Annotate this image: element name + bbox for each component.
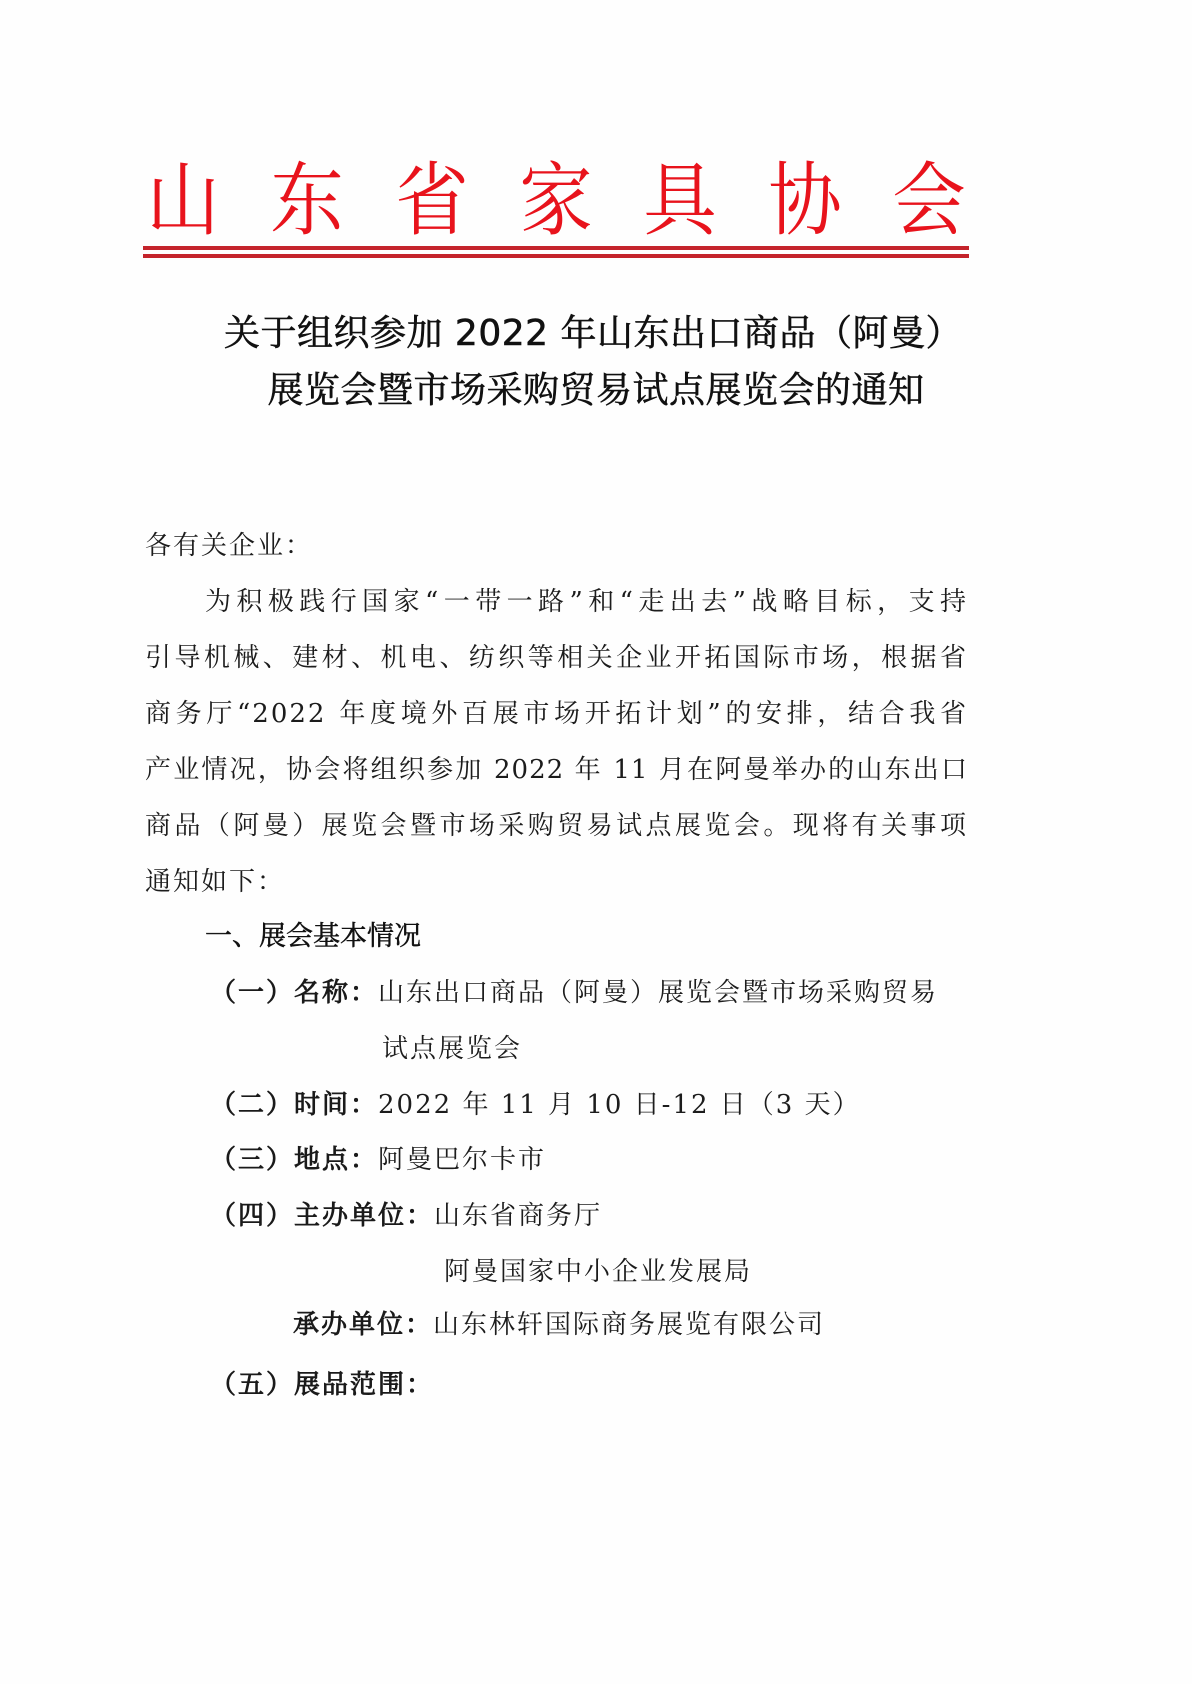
item-label: （二）时间： xyxy=(210,1090,378,1120)
info-item-time: （二）时间：2022 年 11 月 10 日-12 日（3 天） xyxy=(210,1088,861,1122)
section-heading: 一、展会基本情况 xyxy=(205,920,421,954)
info-item-location: （三）地点：阿曼巴尔卡市 xyxy=(210,1143,546,1177)
item-value: 山东出口商品（阿曼）展览会暨市场采购贸易 xyxy=(378,978,938,1008)
letterhead-char: 山 xyxy=(146,158,220,244)
document-page: 山 东 省 家 具 协 会 关于组织参加 2022 年山东出口商品（阿曼） 展览… xyxy=(0,0,1192,1684)
letterhead-char: 会 xyxy=(892,158,966,244)
letterhead-char: 家 xyxy=(519,158,593,244)
item-label: 承办单位： xyxy=(293,1310,433,1340)
letterhead-org-name: 山 东 省 家 具 协 会 xyxy=(143,158,969,244)
item-value: 2022 年 11 月 10 日-12 日（3 天） xyxy=(378,1090,861,1120)
letterhead-char: 协 xyxy=(768,158,842,244)
intro-line: 商品（阿曼）展览会暨市场采购贸易试点展览会。现将有关事项 xyxy=(145,809,968,843)
item-value: 山东省商务厅 xyxy=(434,1201,602,1231)
letterhead-char: 省 xyxy=(395,158,469,244)
letterhead-rule-thick xyxy=(143,246,969,250)
intro-line: 商务厅“2022 年度境外百展市场开拓计划”的安排，结合我省 xyxy=(145,697,968,731)
document-title-line-1: 关于组织参加 2022 年山东出口商品（阿曼） xyxy=(0,305,1189,356)
item-value-continuation: 试点展览会 xyxy=(382,1032,522,1066)
intro-line: 为积极践行国家“一带一路”和“走出去”战略目标，支持 xyxy=(205,585,968,619)
letterhead-char: 东 xyxy=(271,158,345,244)
salutation: 各有关企业： xyxy=(145,529,313,563)
info-item-name: （一）名称：山东出口商品（阿曼）展览会暨市场采购贸易 xyxy=(210,976,938,1010)
intro-line: 通知如下： xyxy=(145,865,285,899)
item-label: （一）名称： xyxy=(210,978,378,1008)
item-value-continuation: 阿曼国家中小企业发展局 xyxy=(444,1255,752,1289)
document-title-line-2: 展览会暨市场采购贸易试点展览会的通知 xyxy=(0,362,1192,413)
intro-line: 引导机械、建材、机电、纺织等相关企业开拓国际市场，根据省 xyxy=(145,641,968,675)
info-item-organizer: （四）主办单位：山东省商务厅 xyxy=(210,1199,602,1233)
item-label: （三）地点： xyxy=(210,1145,378,1175)
item-value: 山东林轩国际商务展览有限公司 xyxy=(433,1310,825,1340)
item-label: （四）主办单位： xyxy=(210,1201,434,1231)
info-item-exhibit-scope: （五）展品范围： xyxy=(210,1368,434,1402)
letterhead-rule-thin xyxy=(143,254,969,258)
item-value: 阿曼巴尔卡市 xyxy=(378,1145,546,1175)
intro-line: 产业情况，协会将组织参加 2022 年 11 月在阿曼举办的山东出口 xyxy=(145,753,968,787)
letterhead-char: 具 xyxy=(644,158,718,244)
info-item-undertaker: 承办单位：山东林轩国际商务展览有限公司 xyxy=(293,1308,825,1342)
item-label: （五）展品范围： xyxy=(210,1370,434,1400)
